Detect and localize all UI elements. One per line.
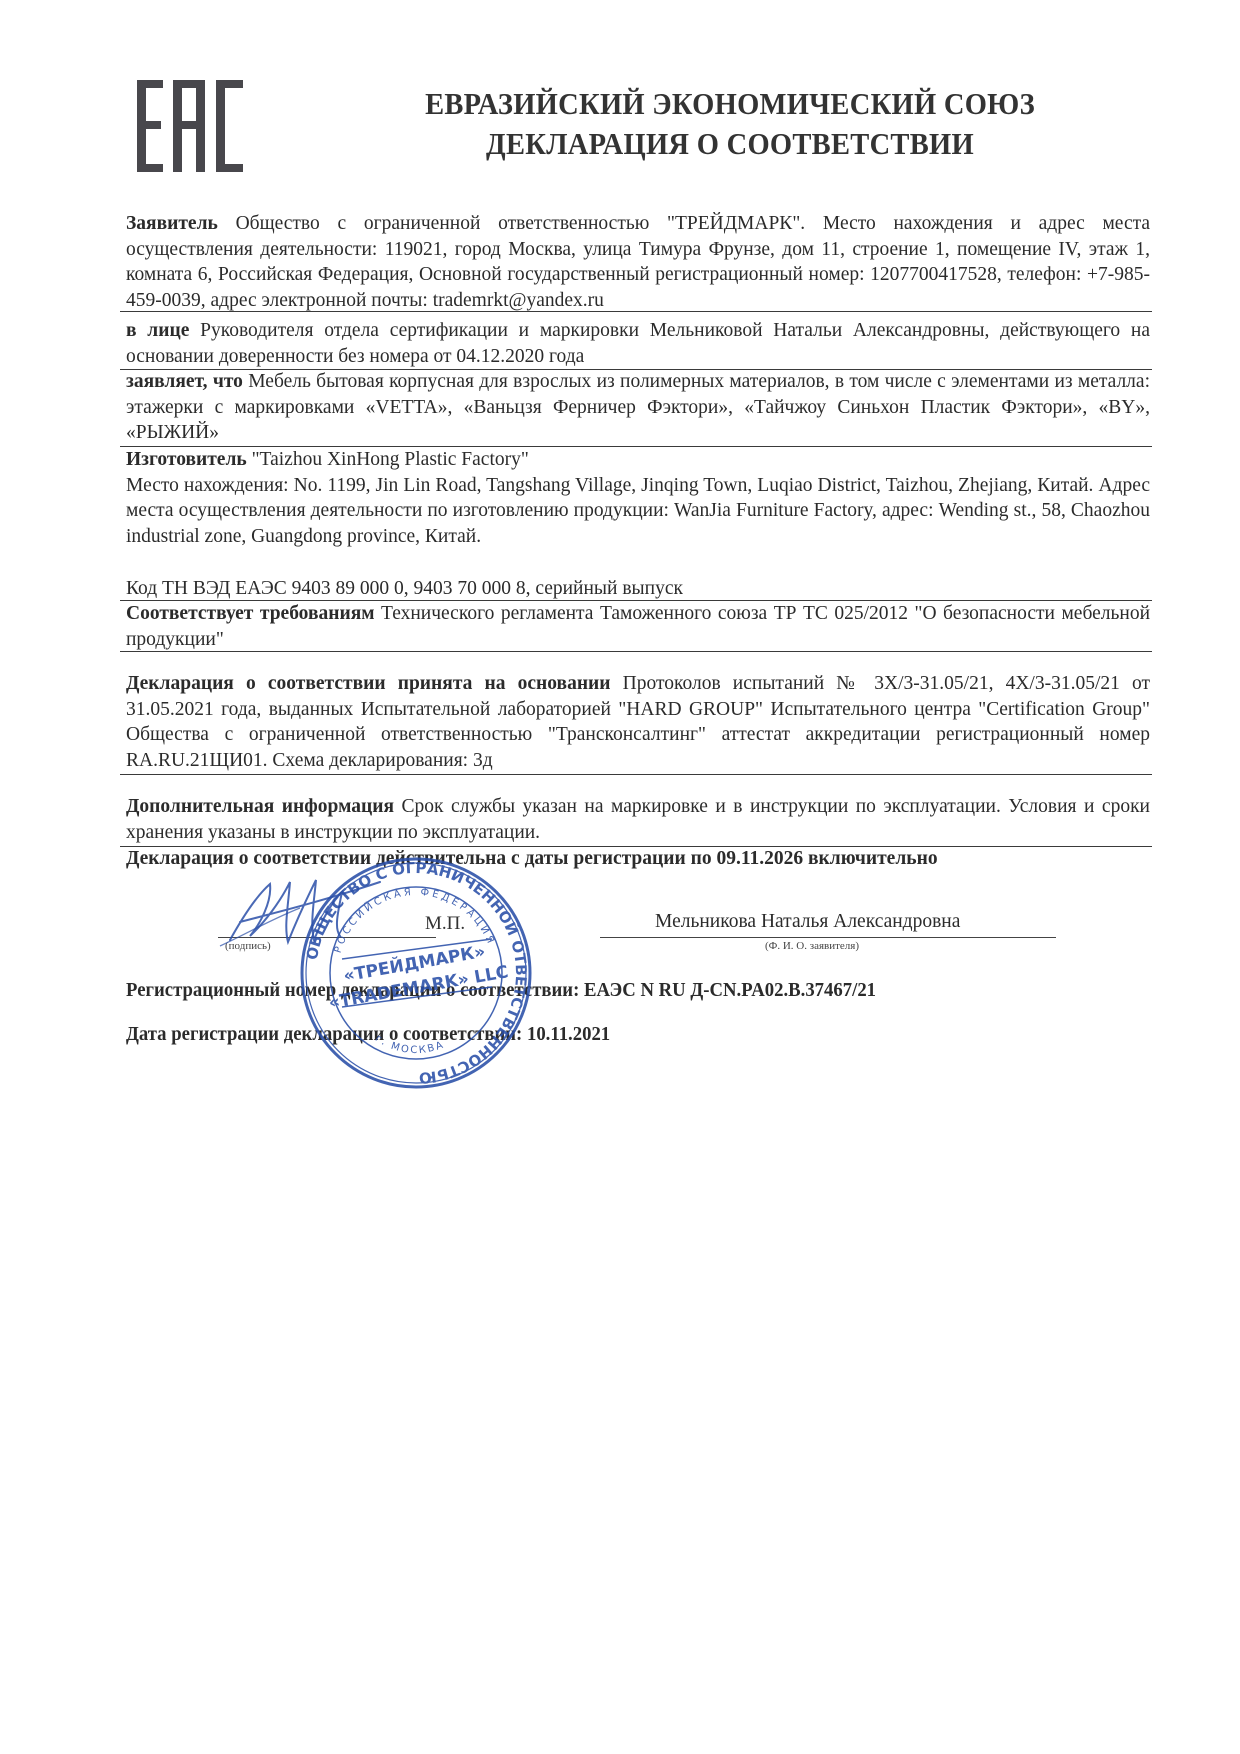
manufacturer-section: Изготовитель "Taizhou XinHong Plastic Fa… xyxy=(126,447,1150,549)
signer-caption: (Ф. И. О. заявителя) xyxy=(765,940,859,952)
product-text: Мебель бытовая корпусная для взрослых из… xyxy=(126,371,1150,443)
product-section: заявляет, что Мебель бытовая корпусная д… xyxy=(126,369,1150,446)
manufacturer-address: Место нахождения: No. 1199, Jin Lin Road… xyxy=(126,473,1150,550)
applicant-label: Заявитель xyxy=(126,213,218,234)
additional-info-section: Дополнительная информация Срок службы ук… xyxy=(126,794,1150,845)
manufacturer-name: "Taizhou XinHong Plastic Factory" xyxy=(252,449,529,470)
applicant-section: Заявитель Общество с ограниченной ответс… xyxy=(126,211,1150,313)
additional-info-label: Дополнительная информация xyxy=(126,796,394,817)
manufacturer-label: Изготовитель xyxy=(126,449,247,470)
basis-label: Декларация о соответствии принята на осн… xyxy=(126,673,611,694)
hs-code-section: Код ТН ВЭД ЕАЭС 9403 89 000 0, 9403 70 0… xyxy=(126,576,1150,602)
company-stamp-icon: ОБЩЕСТВО С ОГРАНИЧЕННОЙ ОТВЕТСТВЕННОСТЬЮ… xyxy=(298,855,534,1091)
representative-label: в лице xyxy=(126,320,189,341)
declaration-page: ЕВРАЗИЙСКИЙ ЭКОНОМИЧЕСКИЙ СОЮЗ ДЕКЛАРАЦИ… xyxy=(0,0,1240,1754)
registration-date-value: 10.11.2021 xyxy=(527,1024,610,1045)
document-title: ЕВРАЗИЙСКИЙ ЭКОНОМИЧЕСКИЙ СОЮЗ ДЕКЛАРАЦИ… xyxy=(300,84,1160,164)
title-line-union: ЕВРАЗИЙСКИЙ ЭКОНОМИЧЕСКИЙ СОЮЗ xyxy=(334,84,1125,124)
basis-section: Декларация о соответствии принята на осн… xyxy=(126,671,1150,773)
signer-name: Мельникова Наталья Александровна xyxy=(655,911,960,933)
conformity-section: Соответствует требованиям Технического р… xyxy=(126,601,1150,652)
hs-code-text: Код ТН ВЭД ЕАЭС 9403 89 000 0, 9403 70 0… xyxy=(126,578,683,599)
applicant-text: Общество с ограниченной ответственностью… xyxy=(126,213,1150,311)
conformity-label: Соответствует требованиям xyxy=(126,603,375,624)
declares-label: заявляет, что xyxy=(126,371,243,392)
eac-logo-icon xyxy=(137,80,243,172)
registration-number-value: ЕАЭС N RU Д-CN.PA02.B.37467/21 xyxy=(584,980,876,1001)
divider xyxy=(120,651,1152,652)
divider xyxy=(120,774,1152,775)
name-line xyxy=(600,937,1056,938)
representative-section: в лице Руководителя отдела сертификации … xyxy=(126,318,1150,369)
title-line-declaration: ДЕКЛАРАЦИЯ О СООТВЕТСТВИИ xyxy=(334,124,1125,164)
representative-text: Руководителя отдела сертификации и марки… xyxy=(126,320,1150,367)
divider xyxy=(120,311,1152,312)
